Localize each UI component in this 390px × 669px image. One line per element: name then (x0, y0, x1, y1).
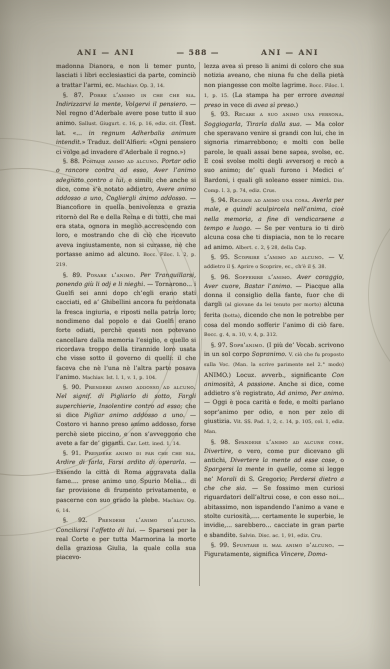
dictionary-paragraph: lezza avea sì preso li animi di coloro c… (204, 62, 344, 110)
definition-text: Ad animo, Per animo. (277, 390, 344, 397)
body-text: — Ma color che speravano venire sì grand… (204, 121, 344, 184)
body-text: §. 93. (211, 111, 234, 118)
column-divider-rule (199, 62, 200, 586)
dictionary-paragraph: §. 98. Spandere l’animo ad alcune cose. … (204, 438, 344, 541)
body-text: §. 97. (211, 342, 229, 349)
entry-headword: Scoprire l’animo ad alcuno. (234, 254, 328, 261)
body-text: §. 92. (63, 517, 98, 524)
entry-headword: Portare animo ad alcuno. (82, 158, 161, 165)
citation: (botta) (223, 314, 240, 319)
citation: Bocc. g. 4, n. 10, v. 4, p. 312. (204, 333, 278, 338)
citation: Sallust. Giugurt. c. 16, p. 16, ediz. ci… (79, 122, 180, 127)
definition-text: Sopranimo. (252, 351, 289, 358)
entry-headword: Recare a suo animo una persona. (234, 111, 344, 118)
entry-headword: Sofferire l’animo. (235, 274, 297, 281)
body-text: §. 90. (63, 384, 85, 391)
definition-text: Soggiogarla, Tirarla dalla sua. (204, 121, 305, 128)
body-text: §. 91. (63, 450, 84, 457)
body-text: — Biancofiore in quella benivolenza e gr… (56, 195, 196, 258)
body-text: §. 87. (63, 92, 89, 99)
body-text: ANIMO.) Locuz. avverb., significante (204, 372, 332, 379)
body-text: (La stampa ha per errore (232, 92, 321, 99)
body-text: §. 95. (211, 254, 234, 261)
page-number: — 588 — (162, 48, 234, 57)
entry-headword: Prendere animo addosso ad alcuno. (85, 384, 196, 391)
body-text: o (340, 457, 344, 464)
column-left: madonna Dianora, e non li temer punto, l… (56, 62, 196, 590)
entry-headword: Spuntare il mal animo d’alcuno. (233, 542, 339, 549)
circular-stain-watermark-right (368, 182, 390, 408)
dictionary-paragraph: §. 88. Portare animo ad alcuno. Portar o… (56, 157, 196, 271)
entry-headword: Spandere l’animo ad alcune cose. (235, 439, 344, 446)
citation: Salvin. Disc. ac. 1, 91, ediz. Cru. (239, 534, 322, 539)
citation: Machiav. Ist. l. 1, v. 1, p. 104. (82, 376, 157, 381)
body-text: .) (294, 102, 298, 109)
dictionary-paragraph: §. 90. Prendere animo addosso ad alcuno.… (56, 383, 196, 449)
citation: (al giovane da lei tenuto per morto) (225, 303, 324, 308)
body-text: — V. (329, 254, 344, 261)
body-text: §. 98. (211, 439, 235, 446)
body-text: — Se fossimo men curiosi riguardatori de… (204, 485, 344, 538)
dictionary-paragraph: §. 92. Prendere l’animo d’alcuno. Concil… (56, 516, 196, 562)
entry-headword: Prendere animo di far che che sia. (84, 450, 196, 457)
running-head-right: ANI — ANI (234, 48, 346, 57)
entry-headword: Porre l’animo in che che sia. (89, 92, 196, 99)
text-area: madonna Dianora, e non li temer punto, l… (56, 62, 344, 590)
dictionary-paragraph: §. 99. Spuntare il mal animo d’alcuno. —… (204, 541, 344, 560)
body-text: §. 94. (211, 197, 230, 204)
body-text: §. 89. (63, 272, 86, 279)
entry-headword: Sopr’animo. (229, 342, 266, 349)
citation: Car. Lett. ined. 1, 14. (127, 442, 181, 447)
definition-text: avea sì preso (254, 102, 294, 109)
citation: Albert. c. 2, § 28, della Cap. (236, 246, 307, 251)
body-text: §. 96. (211, 274, 235, 281)
citation: addietro il §. Aprire o Scoprire, ec., c… (204, 265, 326, 270)
column-right: lezza avea sì preso li animi di coloro c… (204, 62, 344, 590)
body-text: di S. Gregorio; (240, 476, 290, 483)
definition-text: Ardire di farla, Farsi ardito di operarl… (56, 459, 190, 466)
dictionary-paragraph: §. 93. Recare a suo animo una persona. S… (204, 110, 344, 196)
entry-headword: Posare l’animo. (86, 272, 140, 279)
definition-text: Morali (217, 476, 240, 483)
dictionary-paragraph: §. 91. Prendere animo di far che che sia… (56, 449, 196, 516)
scanned-book-page: ANI — ANI — 588 — ANI — ANI madonna Dian… (0, 0, 390, 669)
definition-text: Conciliarsi l’affetto di lui. (56, 527, 139, 534)
definition-text: Vincere, Doma- (281, 551, 328, 558)
definition-text: Divertere la mente ad esse cose, (230, 457, 340, 464)
running-head-left: ANI — ANI (50, 48, 162, 57)
definition-text: Indirizzarvi la mente, Volgervi il pensi… (56, 101, 190, 108)
body-text: §. 99. (211, 542, 233, 549)
body-text: §. 88. (63, 158, 82, 165)
dictionary-paragraph: §. 87. Porre l’animo in che che sia. Ind… (56, 91, 196, 157)
dictionary-paragraph: §. 95. Scoprire l’animo ad alcuno. — V. … (204, 253, 344, 273)
definition-text: Nel signif. di Pigliarlo di sotto, Fargl… (56, 393, 196, 409)
dictionary-paragraph: §. 97. Sopr’animo. (I più de’ Vocab. scr… (204, 341, 344, 438)
dictionary-paragraph: §. 89. Posare l’animo. Per Tranquillarsi… (56, 271, 196, 384)
definition-text: Divertire, (204, 448, 238, 455)
entry-headword: Recarsi ad animo una cosa. (230, 197, 313, 204)
body-text: in vece di (223, 102, 254, 109)
page-header: ANI — ANI — 588 — ANI — ANI (50, 46, 346, 59)
definition-text: Pigliar animo addosso a uno. (84, 412, 190, 419)
citation: Machiav. Op. 3, 14. (116, 84, 165, 89)
dictionary-paragraph: §. 96. Sofferire l’animo. Aver coraggio,… (204, 273, 344, 341)
dictionary-paragraph: madonna Dianora, e non li temer punto, l… (56, 62, 196, 91)
body-text: — Tornarono... i Guelfi sei anni dopo ch… (56, 281, 196, 381)
dictionary-paragraph: §. 94. Recarsi ad animo una cosa. Averla… (204, 196, 344, 253)
entry-headword: Prendere l’animo d’alcuno. (98, 517, 196, 524)
definition-text: Spargersi la mente in quelle, (204, 466, 300, 473)
